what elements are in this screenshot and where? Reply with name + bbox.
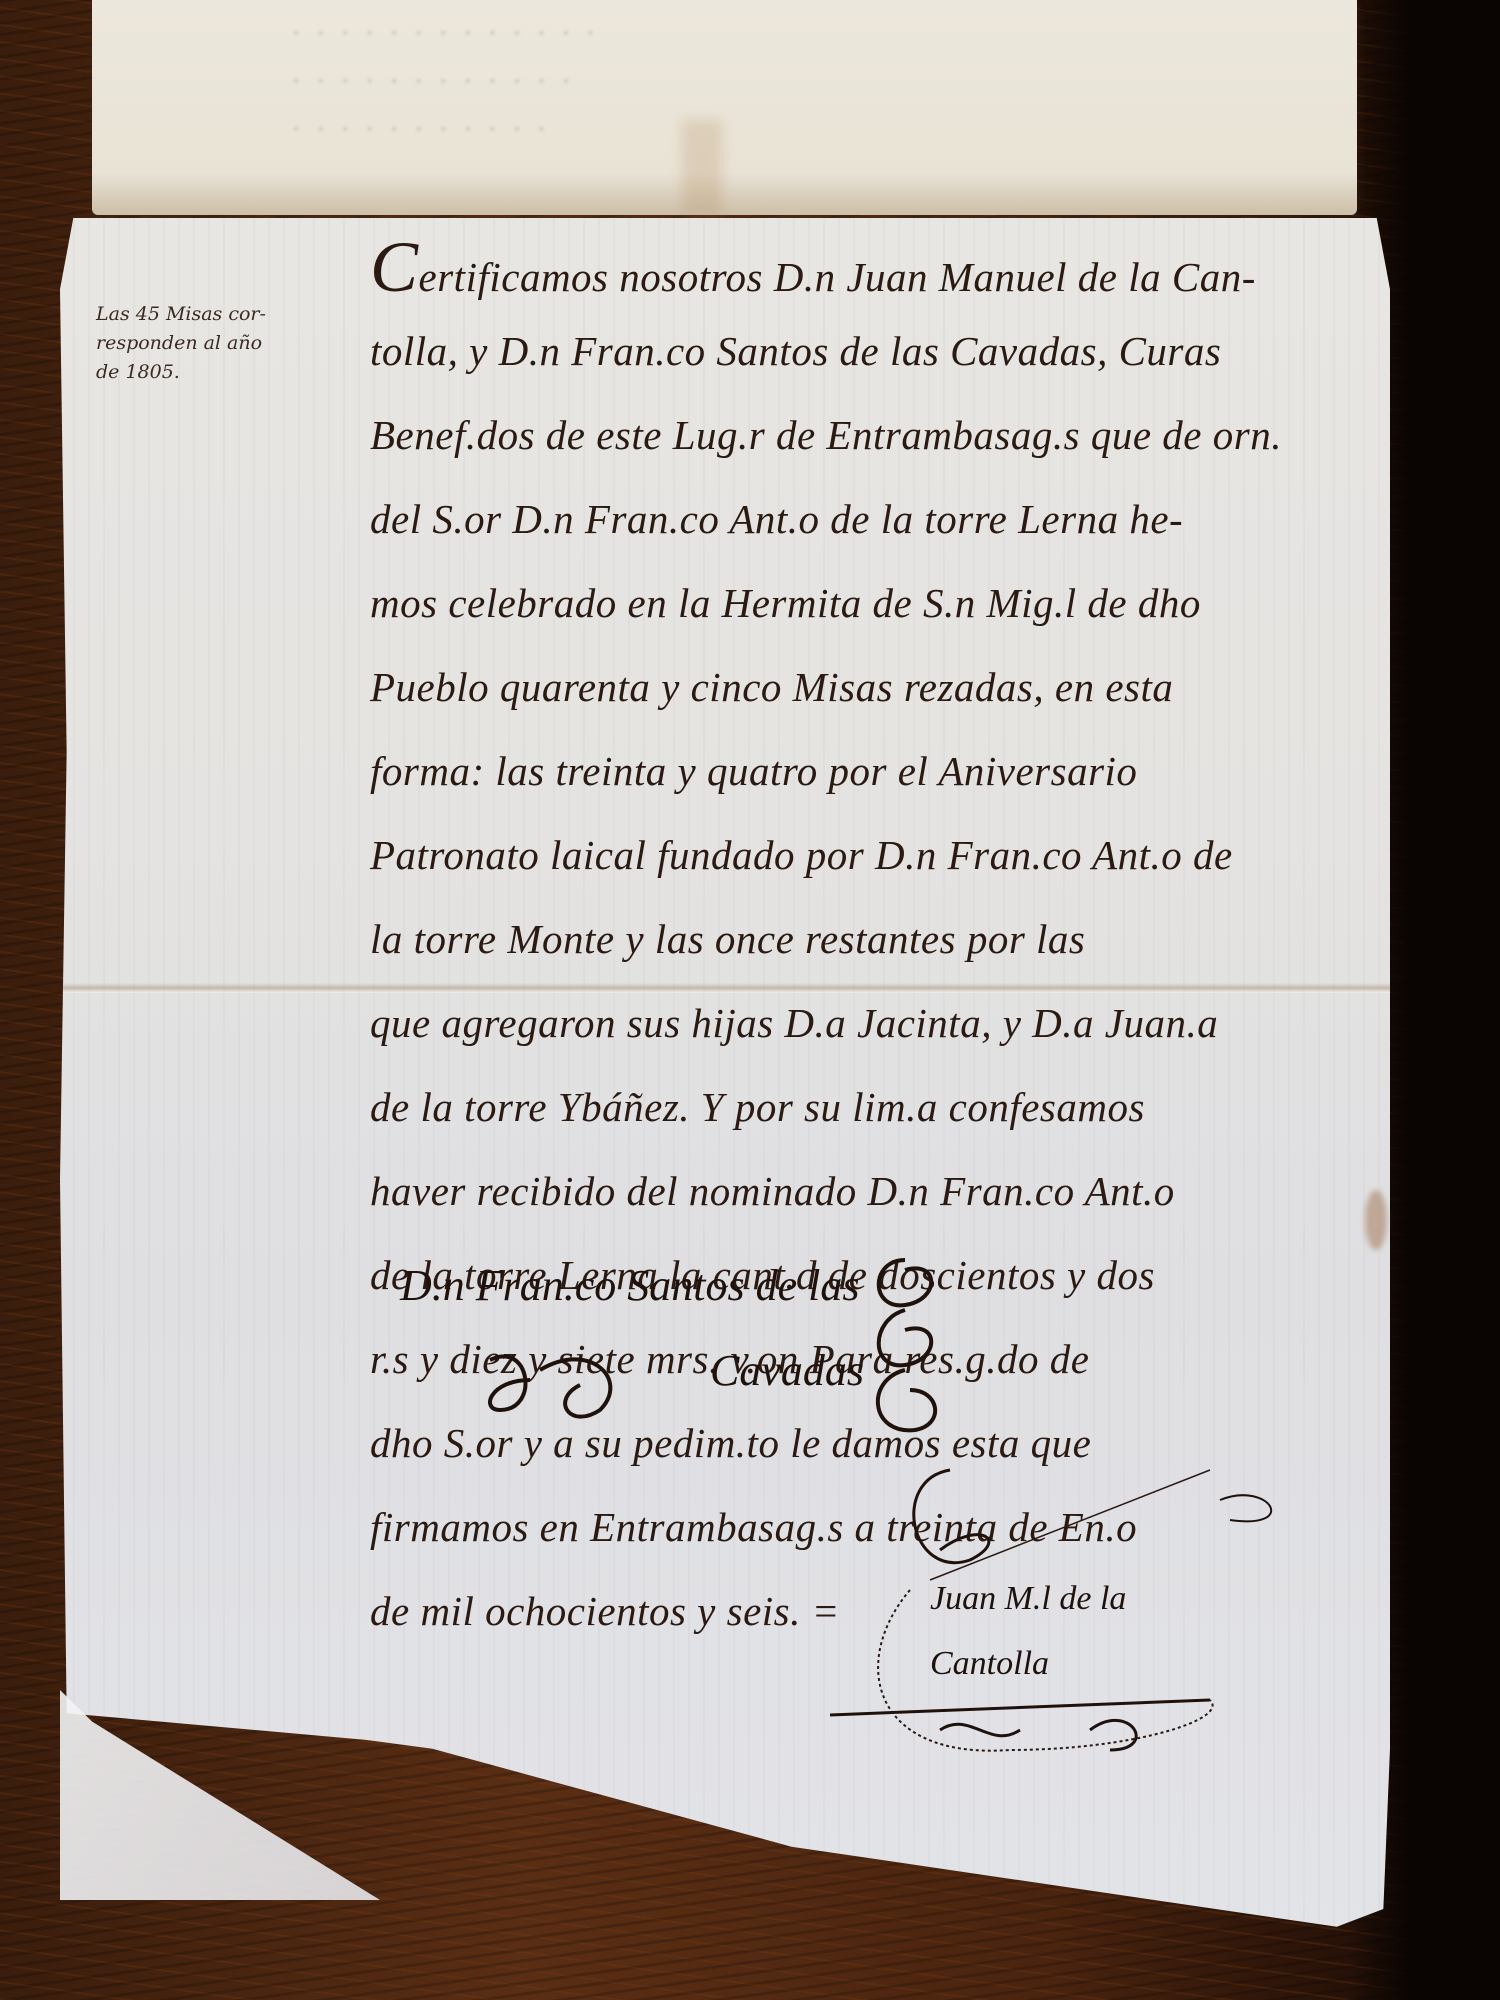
signature-line: Cantolla [930,1645,1049,1683]
margin-note-line: Las 45 Misas cor- [96,300,376,329]
rubric-flourish-icon [470,1340,650,1430]
body-line: que agregaron sus hijas D.a Jacinta, y D… [370,981,1390,1065]
rubric-flourish-icon [860,1250,950,1440]
previous-page: · · · · · · · · · · · · · · · · · · · · … [92,0,1357,215]
bleed-line: · · · · · · · · · · · [292,106,1292,154]
signature-line: Cavadas [710,1345,864,1396]
body-line: la torre Monte y las once restantes por … [370,897,1390,981]
margin-note: Las 45 Misas cor- responden al año de 18… [96,300,376,387]
body-line: del S.or D.n Fran.co Ant.o de la torre L… [370,477,1390,561]
margin-note-line: responden al año [96,329,376,358]
body-line: Certificamos nosotros D.n Juan Manuel de… [370,225,1390,309]
body-line: tolla, y D.n Fran.co Santos de las Cavad… [370,309,1390,393]
bleed-line: · · · · · · · · · · · · · [292,10,1292,58]
margin-note-line: de 1805. [96,358,376,387]
signature-santos-de-las-cavadas: D.n Fran.co Santos de las Cavadas [380,1240,980,1440]
body-line: haver recibido del nominado D.n Fran.co … [370,1149,1390,1233]
signature-line: Juan M.l de la [930,1580,1126,1618]
body-line: Patronato laical fundado por D.n Fran.co… [370,813,1390,897]
body-line: Pueblo quarenta y cinco Misas rezadas, e… [370,645,1390,729]
body-line: de la torre Ybáñez. Y por su lim.a confe… [370,1065,1390,1149]
body-line: mos celebrado en la Hermita de S.n Mig.l… [370,561,1390,645]
paper-stain [682,120,722,215]
bleed-through-text: · · · · · · · · · · · · · · · · · · · · … [292,10,1292,154]
body-line: forma: las treinta y quatro por el Anive… [370,729,1390,813]
signature-line: D.n Fran.co Santos de las [400,1260,860,1311]
body-line: Benef.dos de este Lug.r de Entrambasag.s… [370,393,1390,477]
signature-cantolla: Juan M.l de la Cantolla [830,1460,1310,1760]
bleed-line: · · · · · · · · · · · · [292,58,1292,106]
